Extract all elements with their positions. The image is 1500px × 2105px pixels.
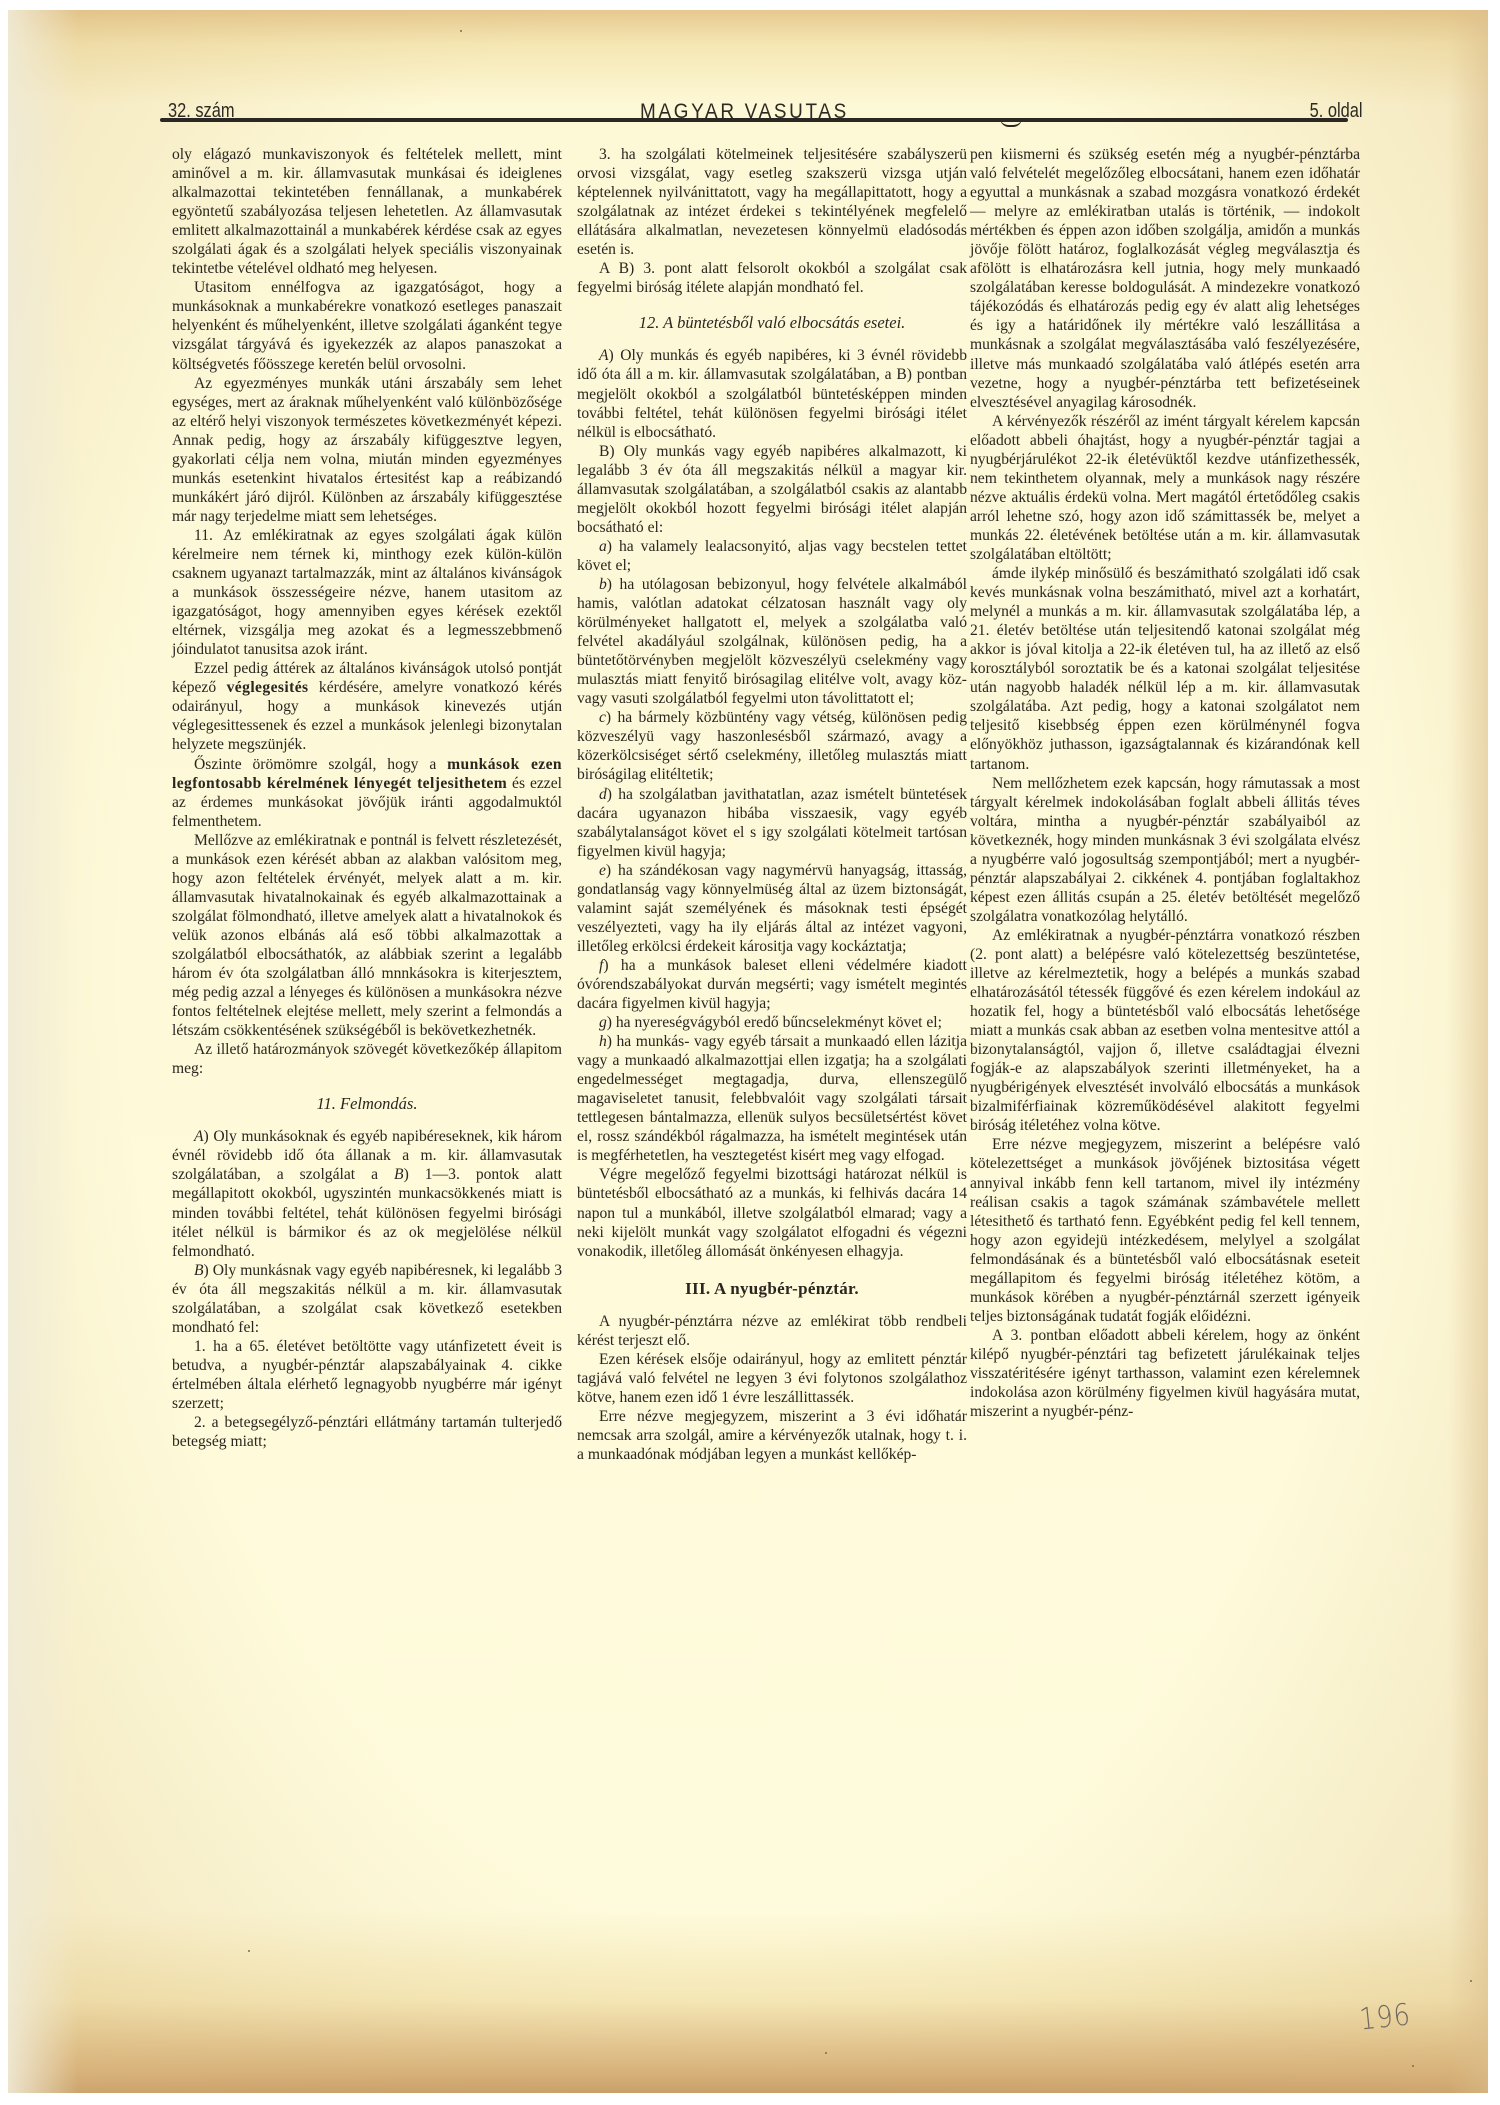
paragraph: Ezzel pedig áttérek az általános kivánsá… (172, 659, 562, 754)
paragraph: 11. Az emlékiratnak az egyes szolgálati … (172, 526, 562, 659)
emphasized-text: véglegesités (227, 679, 309, 696)
paragraph: Az illető határozmányok szövegét követke… (172, 1040, 562, 1078)
text-run: ) Oly munkás és egyéb napibéres, ki 3 év… (577, 347, 967, 440)
paragraph: 1. ha a 65. életévet betöltötte vagy utá… (172, 1337, 562, 1413)
list-marker: A (599, 347, 609, 364)
text-run: ) ha szolgálatban javithatatlan, azaz is… (577, 786, 967, 860)
paragraph: f) ha a munkások baleset elleni védelmér… (577, 956, 967, 1013)
paragraph: 2. a betegsegélyző-pénztári ellátmány ta… (172, 1413, 562, 1451)
header-rule (160, 118, 1348, 122)
paragraph: Végre megelőző fegyelmi bizottsági határ… (577, 1165, 967, 1260)
list-marker: h (599, 1033, 607, 1050)
paragraph: a) ha valamely lealacsonyitó, aljas vagy… (577, 537, 967, 575)
paragraph: B) Oly munkásnak vagy egyéb napibéresnek… (172, 1261, 562, 1337)
list-marker: c (599, 709, 606, 726)
paragraph: Mellőzve az emlékiratnak e pontnál is fe… (172, 831, 562, 1041)
paragraph: Az emlékiratnak a nyugbér-pénztárra vona… (970, 926, 1360, 1136)
paragraph: Az egyezményes munkák utáni árszabály se… (172, 374, 562, 526)
paper-speck (248, 1950, 250, 1952)
list-marker: b (599, 576, 607, 593)
paragraph: Nem mellőzhetem ezek kapcsán, hogy rámut… (970, 774, 1360, 926)
section-heading: 12. A büntetésből való elbocsátás esetei… (577, 313, 967, 332)
text-run: ) ha valamely lealacsonyitó, aljas vagy … (577, 538, 967, 574)
text-column-1: oly elágazó munkaviszonyok és feltételek… (172, 145, 562, 1451)
list-marker: g (599, 1014, 607, 1031)
text-run: ) ha a munkások baleset elleni védelmére… (577, 957, 967, 1012)
paragraph: 3. ha szolgálati kötelmeinek teljesitésé… (577, 145, 967, 259)
page-header: 32. szám MAGYAR VASUTAS 5. oldal (168, 94, 1356, 134)
list-marker: d (599, 786, 607, 803)
text-run: ) ha szándékosan vagy nagymérvü hanyagsá… (577, 862, 967, 955)
text-run: ) ha utólagosan bebizonyul, hogy felvéte… (577, 576, 967, 707)
paper-speck (1412, 2065, 1414, 2067)
paragraph: Ezen kérések elsője odairányul, hogy az … (577, 1350, 967, 1407)
text-run: ) Oly munkásnak vagy egyéb napibéresnek,… (172, 1262, 562, 1336)
paragraph: B) Oly munkás vagy egyéb napibéres alkal… (577, 442, 967, 537)
paragraph: h) ha munkás- vagy egyéb társait a munka… (577, 1032, 967, 1165)
list-marker: A (194, 1128, 204, 1145)
text-run: ) ha munkás- vagy egyéb társait a munkaa… (577, 1033, 967, 1164)
paragraph: oly elágazó munkaviszonyok és feltételek… (172, 145, 562, 278)
paragraph: ámde ilykép minősülő és beszámitható szo… (970, 564, 1360, 774)
paragraph: e) ha szándékosan vagy nagymérvü hanyags… (577, 861, 967, 956)
list-marker: B (394, 1166, 404, 1183)
list-marker: B (194, 1262, 204, 1279)
section-heading: 11. Felmondás. (172, 1094, 562, 1113)
text-column-3: pen kiismerni és szükség esetén még a ny… (970, 145, 1360, 1421)
paragraph: c) ha bármely közbüntény vagy vétség, kü… (577, 708, 967, 784)
section-heading: III. A nyugbér-pénztár. (577, 1279, 967, 1298)
paragraph: Utasitom ennélfogva az igazgatóságot, ho… (172, 278, 562, 373)
paper-speck (825, 2052, 827, 2054)
paragraph: Őszinte örömömre szolgál, hogy a munkáso… (172, 755, 562, 831)
text-run: ) ha bármely közbüntény vagy vétség, kül… (577, 709, 967, 783)
paragraph: Erre nézve megjegyzem, miszerint a belép… (970, 1135, 1360, 1325)
paragraph: A 3. pontban előadott abbeli kérelem, ho… (970, 1326, 1360, 1421)
paper-speck (1470, 1980, 1472, 1982)
paragraph: A kérvényezők részéről az imént tárgyalt… (970, 412, 1360, 564)
paragraph: g) ha nyereségvágyból eredő bűncselekmén… (577, 1013, 967, 1032)
handwritten-archive-number: 196 (1358, 1997, 1413, 2037)
paragraph: d) ha szolgálatban javithatatlan, azaz i… (577, 785, 967, 861)
paragraph: A) Oly munkás és egyéb napibéres, ki 3 é… (577, 346, 967, 441)
paragraph: pen kiismerni és szükség esetén még a ny… (970, 145, 1360, 412)
paragraph: b) ha utólagosan bebizonyul, hogy felvét… (577, 575, 967, 708)
text-column-2: 3. ha szolgálati kötelmeinek teljesitésé… (577, 145, 967, 1464)
list-marker: e (599, 862, 606, 879)
paragraph: A B) 3. pont alatt felsorolt okokból a s… (577, 259, 967, 297)
list-marker: a (599, 538, 607, 555)
paragraph: A) Oly munkásoknak és egyéb napibéresekn… (172, 1127, 562, 1260)
paragraph: Erre nézve megjegyzem, miszerint a 3 évi… (577, 1407, 967, 1464)
text-run: ) ha nyereségvágyból eredő bűncselekmény… (607, 1014, 942, 1031)
paragraph: A nyugbér-pénztárra nézve az emlékirat t… (577, 1312, 967, 1350)
paper-speck (460, 30, 462, 32)
text-run: Őszinte örömömre szolgál, hogy a (194, 756, 447, 773)
